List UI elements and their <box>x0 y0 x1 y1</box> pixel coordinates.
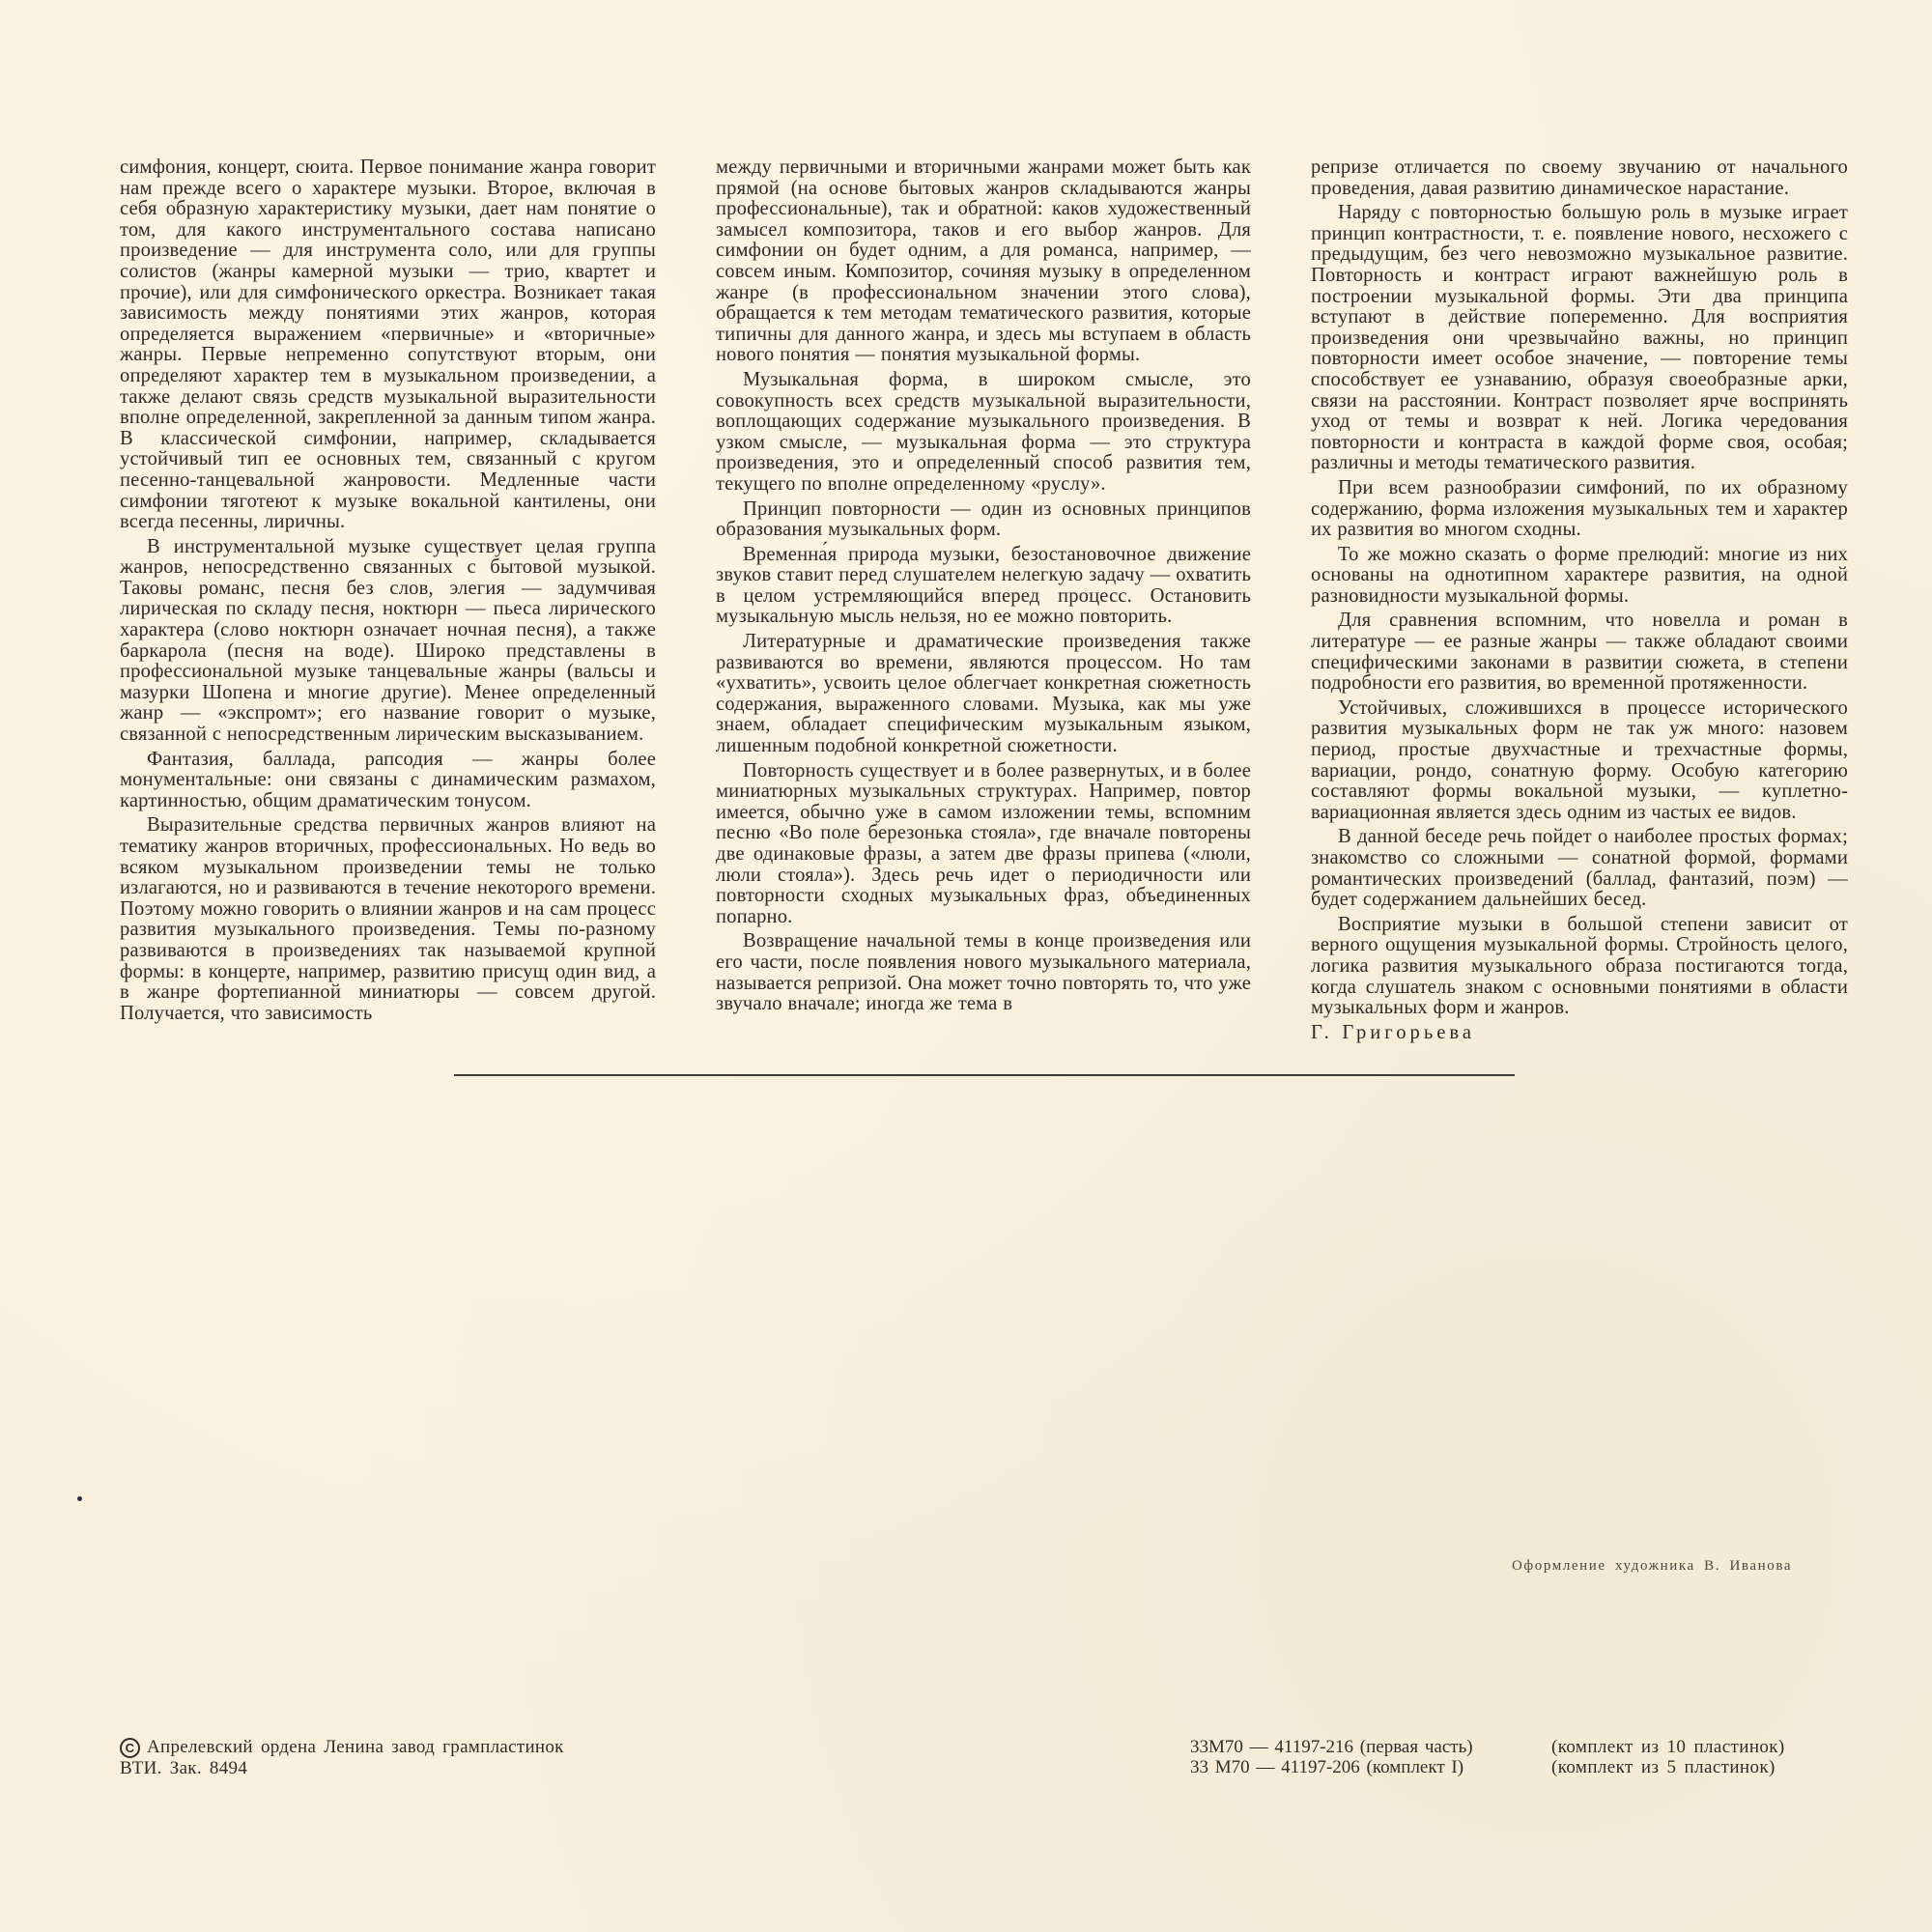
paragraph: Возвращение начальной темы в конце произ… <box>716 931 1251 1014</box>
publisher-name: Апрелевский ордена Ленина завод грамплас… <box>147 1737 564 1757</box>
paragraph: Для сравнения вспомним, что новелла и ро… <box>1311 611 1848 694</box>
design-credit: Оформление художника В. Иванова <box>1512 1558 1792 1575</box>
imprint-line-2: ВТИ. Зак. 8494 <box>120 1758 564 1778</box>
paragraph: В инструментальной музыке существует цел… <box>120 537 656 746</box>
text-column-2: между первичными и вторичными жанрами мо… <box>716 157 1251 1015</box>
imprint-line-1: CАпрелевский ордена Ленина завод грампла… <box>120 1737 564 1758</box>
copyright-icon: C <box>120 1738 140 1758</box>
paragraph: При всем разнообразии симфоний, по их об… <box>1311 478 1848 541</box>
publisher-imprint: CАпрелевский ордена Ленина завод грампла… <box>120 1737 564 1778</box>
catalog-code: 33 М70 — 41197-206 (комплект I) <box>1190 1757 1551 1777</box>
author-signature: Г. Григорьева <box>1311 1023 1848 1044</box>
paragraph: Устойчивых, сложившихся в процессе истор… <box>1311 698 1848 824</box>
horizontal-divider <box>454 1074 1515 1076</box>
catalog-row: 33М70 — 41197-216 (первая часть) (компле… <box>1190 1737 1785 1757</box>
paragraph: Повторность существует и в более разверн… <box>716 761 1251 928</box>
paragraph: В данной беседе речь пойдет о наиболее п… <box>1311 827 1848 910</box>
paragraph: Наряду с повторностью большую роль в муз… <box>1311 203 1848 474</box>
text-column-3: репризе отличается по своему звучанию от… <box>1311 157 1848 1043</box>
paragraph: симфония, концерт, сюита. Первое пониман… <box>120 157 656 533</box>
paragraph: Принцип повторности — один из основных п… <box>716 499 1251 541</box>
paragraph: Музыкальная форма, в широком смысле, это… <box>716 370 1251 496</box>
paragraph: Восприятие музыки в большой степени зави… <box>1311 915 1848 1019</box>
catalog-row: 33 М70 — 41197-206 (комплект I) (комплек… <box>1190 1757 1785 1777</box>
catalog-set: (комплект из 10 пластинок) <box>1551 1737 1785 1757</box>
paragraph: между первичными и вторичными жанрами мо… <box>716 157 1251 366</box>
catalog-numbers: 33М70 — 41197-216 (первая часть) (компле… <box>1190 1737 1785 1777</box>
paragraph: Литературные и драматические произведени… <box>716 632 1251 757</box>
paragraph: Выразительные средства первичных жанров … <box>120 815 656 1024</box>
paragraph: То же можно сказать о форме прелюдий: мн… <box>1311 545 1848 608</box>
text-column-1: симфония, концерт, сюита. Первое пониман… <box>120 157 656 1024</box>
catalog-code: 33М70 — 41197-216 (первая часть) <box>1190 1737 1551 1757</box>
paragraph: Временна́я природа музыки, безостановочн… <box>716 545 1251 628</box>
paragraph: репризе отличается по своему звучанию от… <box>1311 157 1848 199</box>
catalog-set: (комплект из 5 пластинок) <box>1551 1757 1776 1777</box>
ink-speck <box>77 1496 82 1501</box>
paragraph: Фантазия, баллада, рапсодия — жанры боле… <box>120 750 656 812</box>
